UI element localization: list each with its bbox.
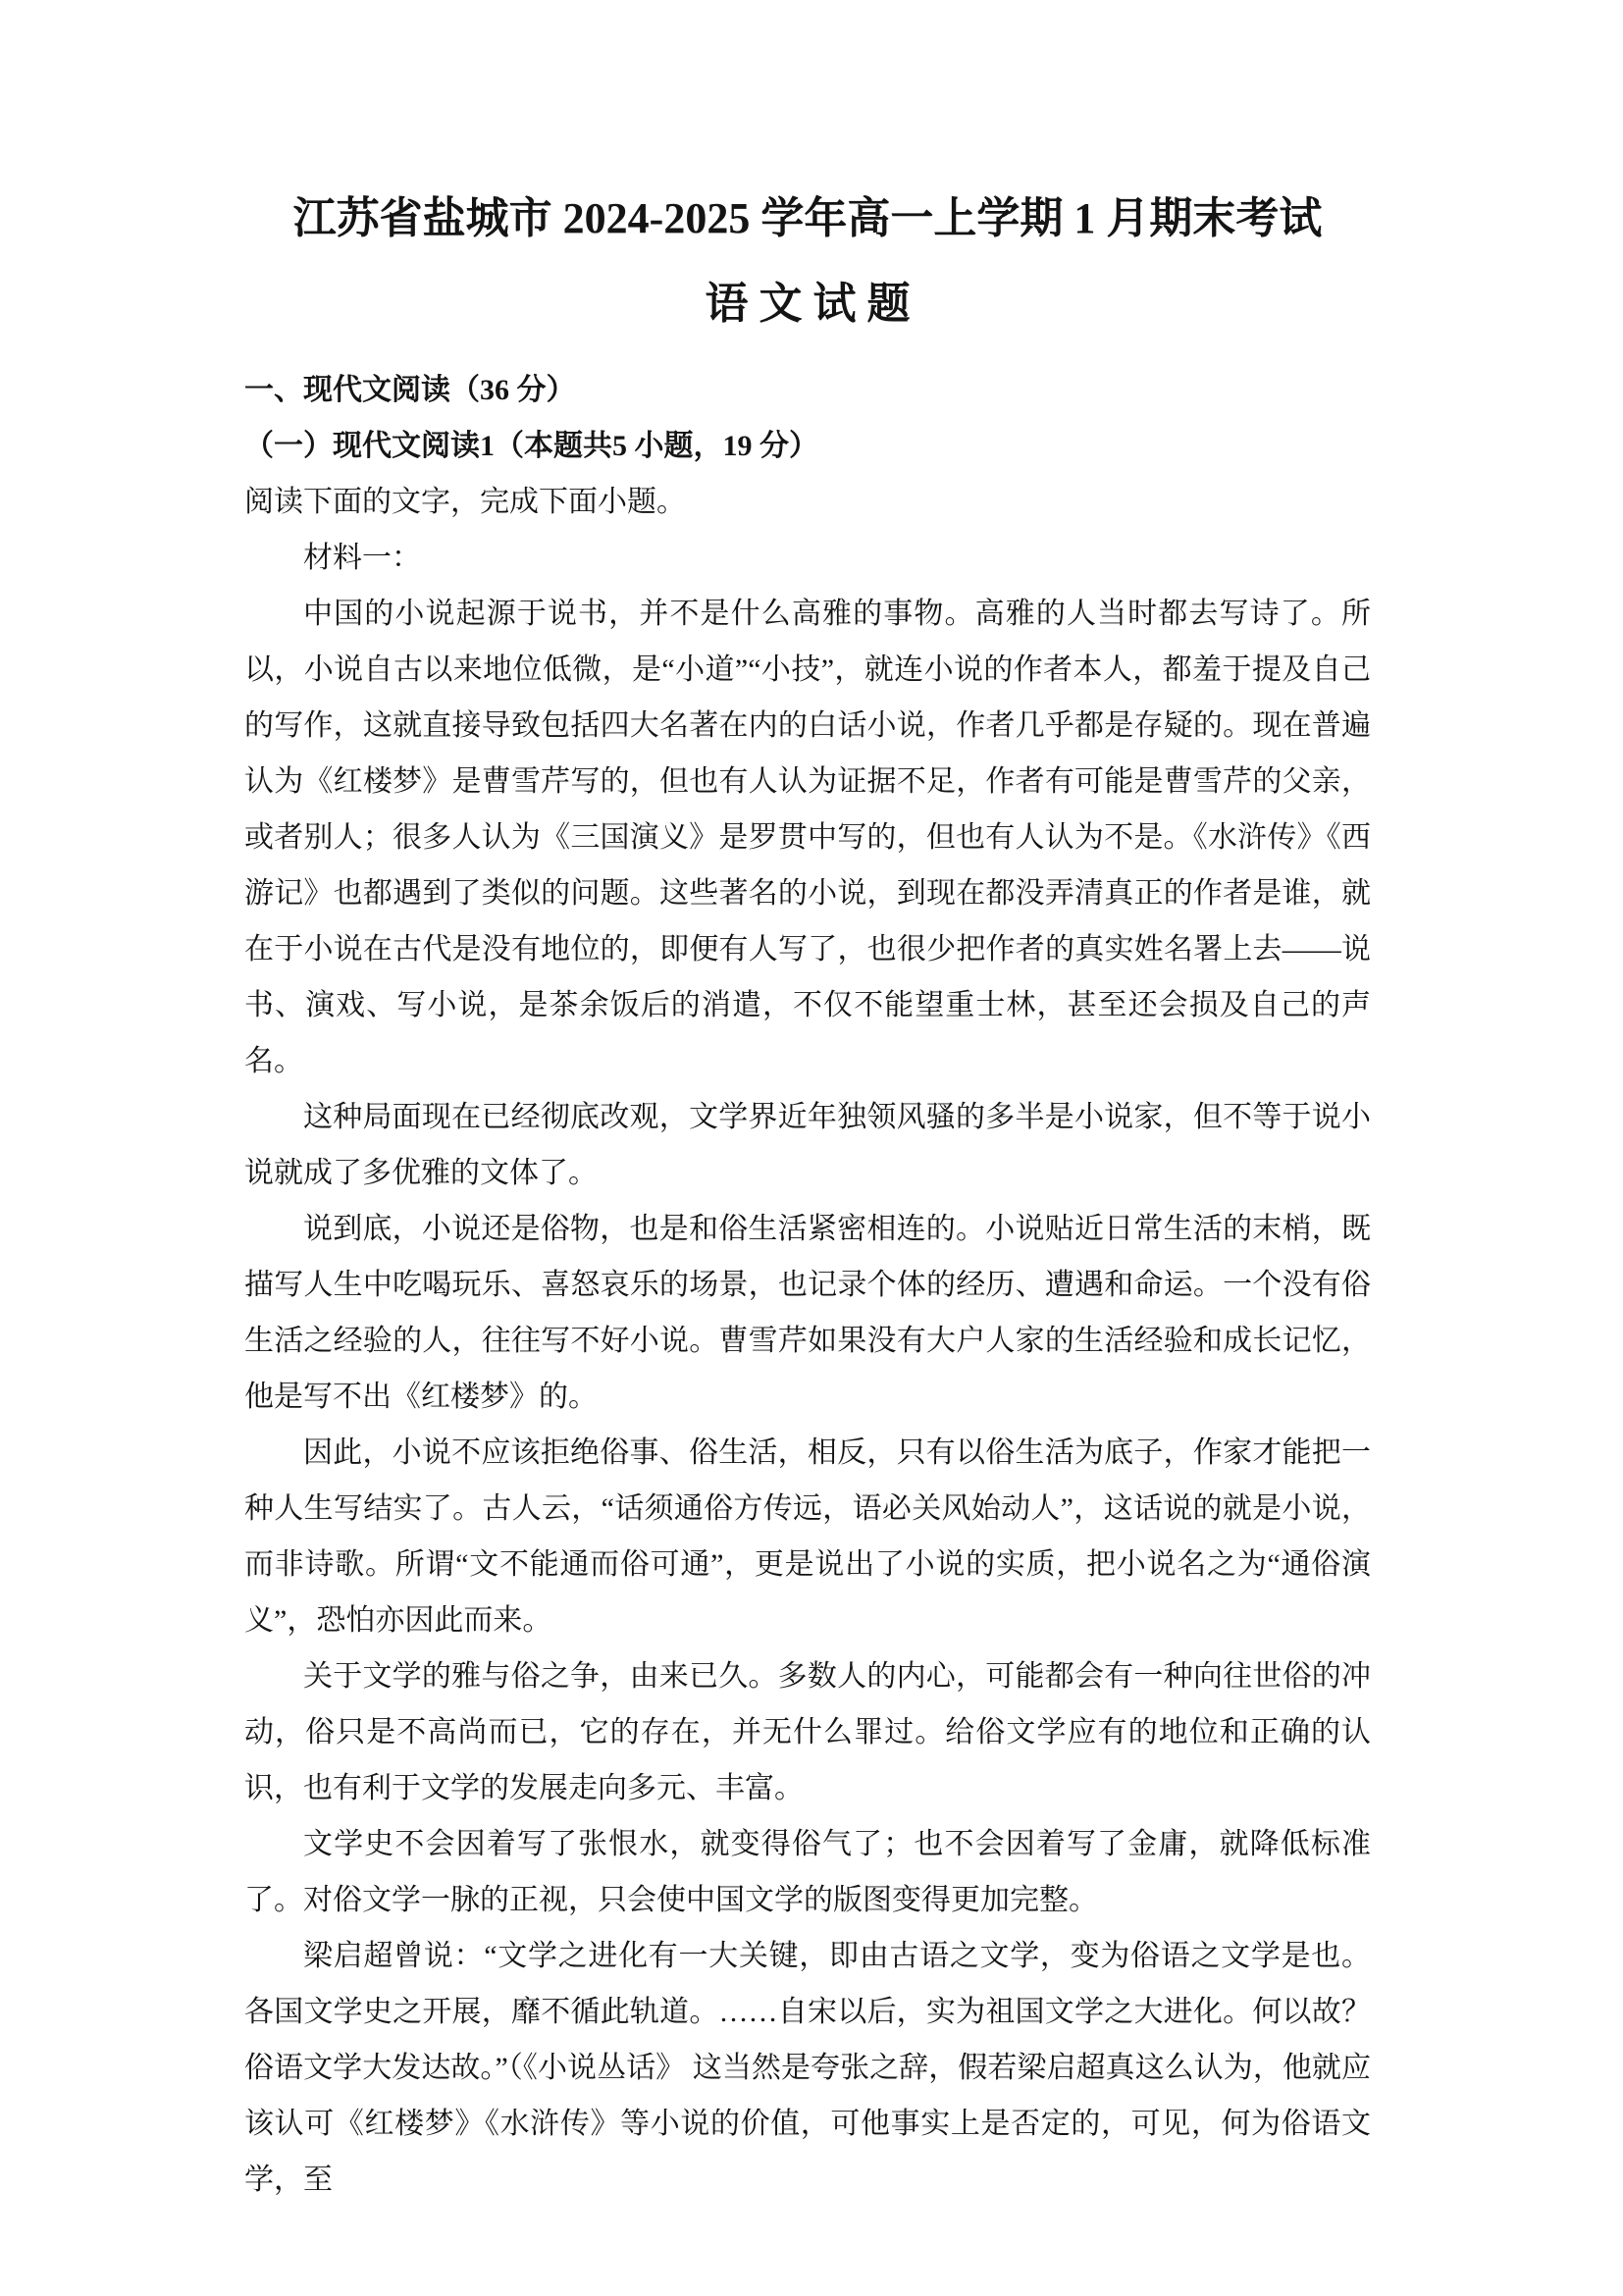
passage-paragraph-6: 文学史不会因着写了张恨水，就变得俗气了；也不会因着写了金庸，就降低标准了。对俗文… <box>244 1816 1371 1928</box>
reading-instruction: 阅读下面的文字，完成下面小题。 <box>244 474 1371 530</box>
section-heading-modern-text-reading: 一、现代文阅读（36 分） <box>244 362 1371 418</box>
page-title: 江苏省盐城市 2024-2025 学年高一上学期 1 月期末考试 <box>244 192 1371 245</box>
exam-content: 一、现代文阅读（36 分） （一）现代文阅读1（本题共5 小题，19 分） 阅读… <box>244 362 1371 2208</box>
passage-paragraph-3: 说到底，小说还是俗物，也是和俗生活紧密相连的。小说贴近日常生活的末梢，既描写人生… <box>244 1201 1371 1425</box>
passage-paragraph-4: 因此，小说不应该拒绝俗事、俗生活，相反，只有以俗生活为底子，作家才能把一种人生写… <box>244 1425 1371 1648</box>
passage-paragraph-7: 梁启超曾说：“文学之进化有一大关键，即由古语之文学，变为俗语之文学是也。各国文学… <box>244 1928 1371 2208</box>
material-one-label: 材料一： <box>244 530 1371 586</box>
passage-paragraph-1: 中国的小说起源于说书，并不是什么高雅的事物。高雅的人当时都去写诗了。所以，小说自… <box>244 586 1371 1089</box>
page-subtitle: 语文试题 <box>244 278 1371 331</box>
passage-paragraph-2: 这种局面现在已经彻底改观，文学界近年独领风骚的多半是小说家，但不等于说小说就成了… <box>244 1089 1371 1201</box>
passage-paragraph-5: 关于文学的雅与俗之争，由来已久。多数人的内心，可能都会有一种向往世俗的冲动，俗只… <box>244 1648 1371 1816</box>
exam-paper-page: 江苏省盐城市 2024-2025 学年高一上学期 1 月期末考试 语文试题 一、… <box>0 0 1623 2296</box>
subsection-heading-reading-1: （一）现代文阅读1（本题共5 小题，19 分） <box>244 418 1371 474</box>
